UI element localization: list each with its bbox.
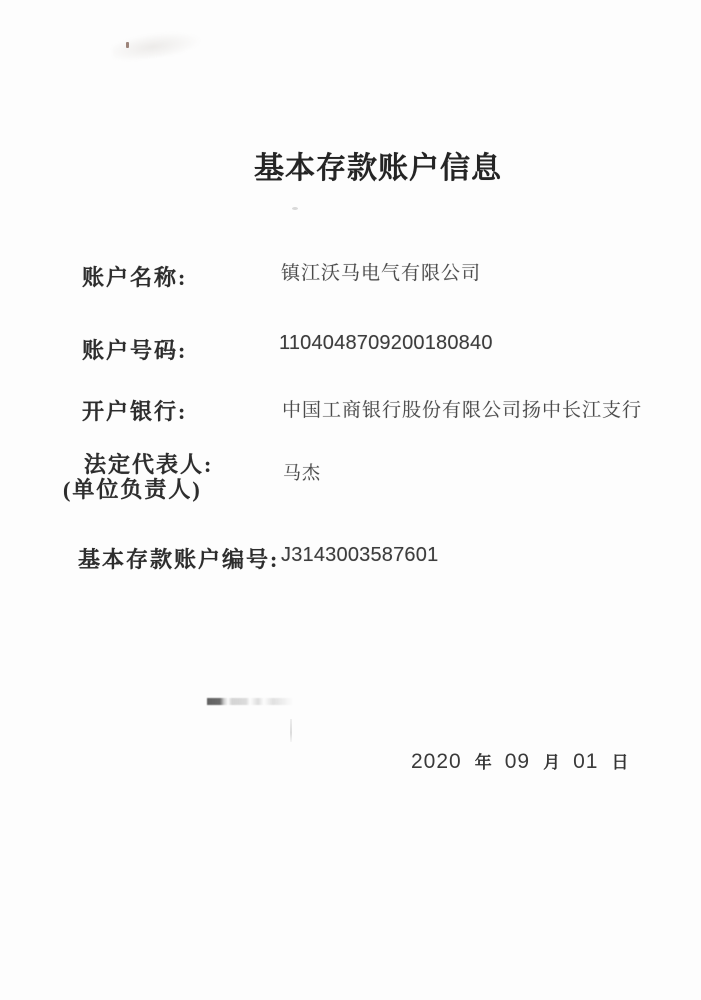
field-sublabel-unit-person-in-charge: (单位负责人) (63, 473, 202, 504)
issue-date-year-unit: 年 (475, 748, 492, 773)
issue-date-year: 2020 (411, 750, 462, 774)
issue-date-day: 01 (573, 750, 598, 774)
field-label-account-name: 账户名称: (82, 261, 187, 292)
issue-date-month-unit: 月 (543, 748, 560, 773)
field-value-account-name: 镇江沃马电气有限公司 (281, 258, 481, 285)
field-label-account-number: 账户号码: (82, 334, 187, 365)
scan-smudge-vertical-tick (290, 719, 292, 742)
issue-date-month: 09 (505, 750, 530, 774)
field-label-basic-deposit-account-id: 基本存款账户编号: (78, 543, 279, 574)
field-value-opening-bank: 中国工商银行股份有限公司扬中长江支行 (282, 395, 642, 422)
field-value-legal-representative: 马杰 (283, 459, 321, 485)
field-label-opening-bank: 开户银行: (82, 395, 187, 426)
field-value-account-number: 1104048709200180840 (279, 332, 493, 355)
scan-smudge-mid-streak (207, 698, 293, 705)
scan-speck-below-title (292, 207, 298, 210)
page-title: 基本存款账户信息 (254, 143, 502, 187)
scanned-document-page: 基本存款账户信息 账户名称: 镇江沃马电气有限公司 账户号码: 11040487… (0, 0, 701, 1000)
issue-date-day-unit: 日 (611, 748, 628, 773)
scan-smudge-top-left (111, 27, 203, 63)
scan-speck-top-left (126, 42, 129, 48)
field-value-basic-deposit-account-id: J3143003587601 (281, 544, 438, 567)
issue-date: 2020 年 09 月 01 日 (411, 748, 628, 774)
